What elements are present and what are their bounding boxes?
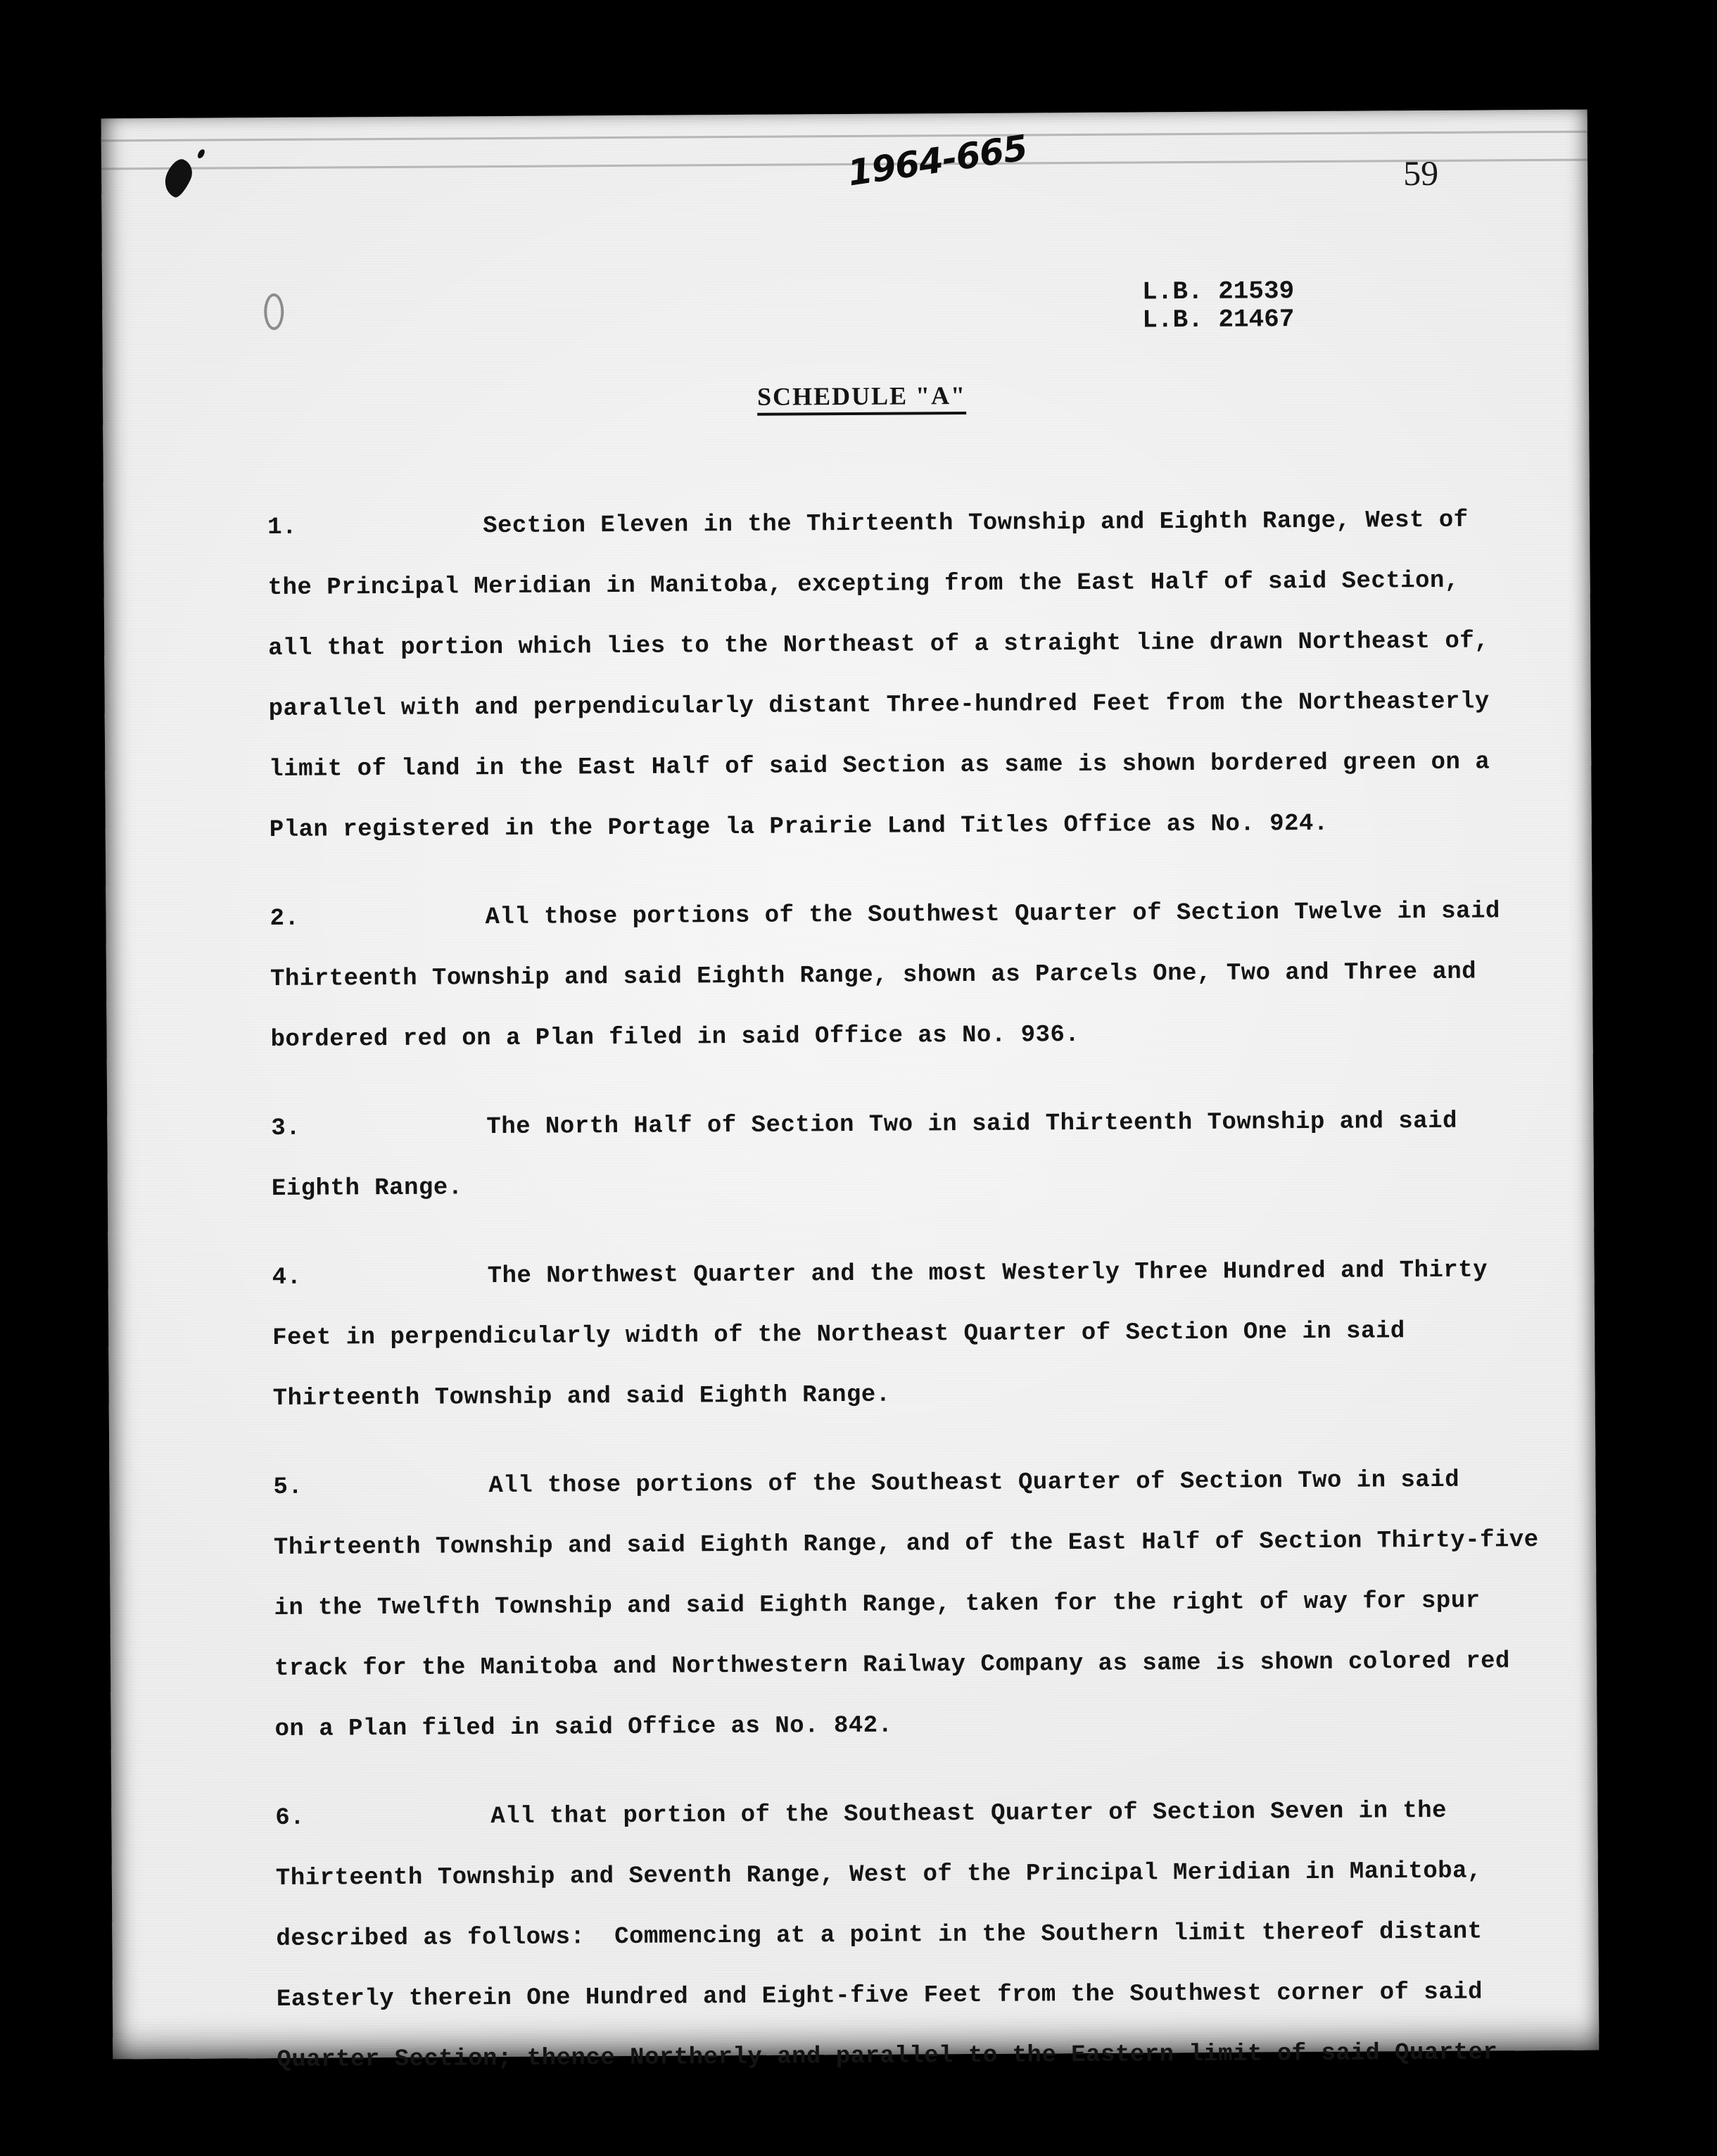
page-number: 59 xyxy=(1403,153,1438,194)
paragraph-line: Thirteenth Township and Seventh Range, W… xyxy=(276,1841,1578,1909)
ink-blot-mark xyxy=(159,156,196,200)
paragraph-5: 5.All those portions of the Southeast Qu… xyxy=(273,1450,1577,1760)
paragraph-line: Feet in perpendicularly width of the Nor… xyxy=(272,1300,1574,1369)
land-reference-block: L.B. 21539 L.B. 21467 xyxy=(1142,277,1295,334)
paragraph-number: 4. xyxy=(272,1246,488,1308)
ink-speck-mark xyxy=(196,148,206,160)
paragraph-6: 6.All that portion of the Southeast Quar… xyxy=(275,1780,1579,2091)
paragraph-line: 3.The North Half of Section Two in said … xyxy=(271,1091,1573,1159)
paragraph-line: Plan registered in the Portage la Prairi… xyxy=(270,792,1571,861)
paragraph-line: Thirteenth Township and said Eighth Rang… xyxy=(272,1361,1574,1429)
paragraph-2: 2.All those portions of the Southwest Qu… xyxy=(270,881,1573,1070)
land-reference: L.B. 21539 xyxy=(1142,277,1294,306)
paragraph-line: Eighth Range. xyxy=(272,1151,1573,1219)
paragraph-number: 5. xyxy=(273,1456,489,1518)
paragraph-line: 6.All that portion of the Southeast Quar… xyxy=(275,1780,1577,1849)
paragraph-line: bordered red on a Plan filed in said Off… xyxy=(270,1002,1572,1070)
land-reference: L.B. 21467 xyxy=(1142,305,1294,334)
paragraph-line: in the Twelfth Township and said Eighth … xyxy=(274,1571,1576,1639)
paragraph-line: parallel with and perpendicularly distan… xyxy=(268,671,1570,740)
paragraph-line: on a Plan filed in said Office as No. 84… xyxy=(274,1692,1576,1760)
paragraph-line: Easterly therein One Hundred and Eight-f… xyxy=(277,1962,1578,2030)
punch-hole-mark xyxy=(264,293,284,330)
paragraph-line: 5.All those portions of the Southeast Qu… xyxy=(273,1450,1575,1518)
paragraph-1: 1.Section Eleven in the Thirteenth Towns… xyxy=(267,490,1571,861)
paragraph-line: all that portion which lies to the North… xyxy=(268,611,1570,679)
paragraph-number: 3. xyxy=(271,1097,487,1159)
paragraph-number: 6. xyxy=(275,1787,491,1849)
paragraph-line: described as follows: Commencing at a po… xyxy=(276,1901,1578,1970)
paragraph-3: 3.The North Half of Section Two in said … xyxy=(271,1091,1573,1219)
paragraph-number: 2. xyxy=(270,887,486,949)
paragraph-line: Thirteenth Township and said Eighth Rang… xyxy=(270,941,1572,1010)
fold-line xyxy=(101,159,1588,170)
schedule-title: SCHEDULE "A" xyxy=(757,381,966,416)
paragraph-line: 4.The Northwest Quarter and the most Wes… xyxy=(272,1240,1573,1308)
paragraph-line: limit of land in the East Half of said S… xyxy=(269,732,1571,800)
paragraph-line: the Principal Meridian in Manitoba, exce… xyxy=(267,550,1569,619)
scanned-document-page: 1964-665 59 L.B. 21539 L.B. 21467 SCHEDU… xyxy=(101,110,1599,2060)
paragraph-number: 1. xyxy=(267,496,483,558)
schedule-body: 1.Section Eleven in the Thirteenth Towns… xyxy=(267,490,1579,2119)
paragraph-4: 4.The Northwest Quarter and the most Wes… xyxy=(272,1240,1575,1429)
paragraph-line: 2.All those portions of the Southwest Qu… xyxy=(270,881,1571,949)
fold-line xyxy=(101,131,1588,142)
paragraph-line: Quarter Section; thence Northerly and pa… xyxy=(277,2022,1578,2091)
paragraph-line: 1.Section Eleven in the Thirteenth Towns… xyxy=(267,490,1569,558)
paragraph-line: Thirteenth Township and said Eighth Rang… xyxy=(274,1510,1576,1578)
handwritten-reference-number: 1964-665 xyxy=(845,127,1029,194)
paragraph-line: track for the Manitoba and Northwestern … xyxy=(274,1631,1576,1699)
